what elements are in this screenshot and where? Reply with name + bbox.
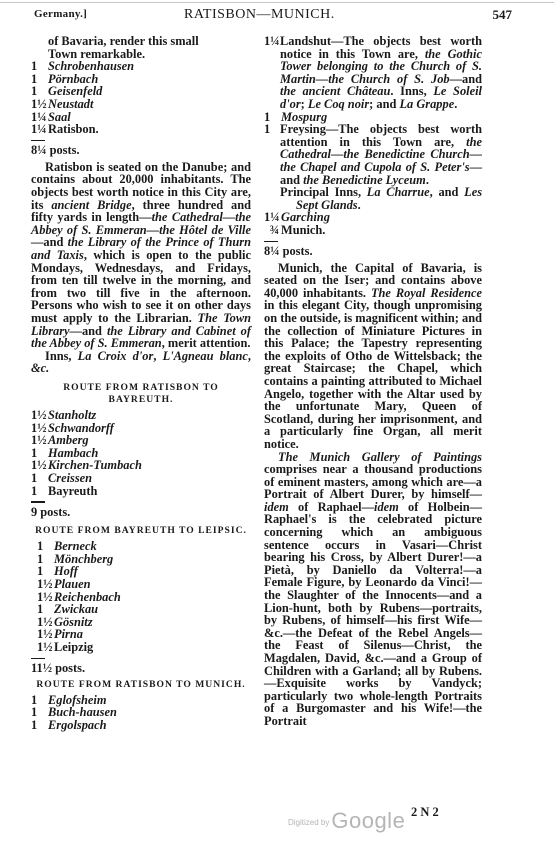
stop-place: Creissen	[48, 472, 92, 485]
route3-stops: 1Berneck 1Mönchberg 1Hoff 1½Plauen 1½Rei…	[31, 540, 251, 653]
total-rule	[31, 658, 45, 660]
intro-line: of Bavaria, render this small	[48, 35, 251, 48]
freysing-entry: 1Freysing—The objects best worth attenti…	[264, 123, 482, 186]
route-stop: 1Bayreuth	[31, 485, 251, 498]
stop-distance: 1	[31, 719, 48, 732]
stop-distance: 1	[31, 60, 48, 73]
route-stop: 1Berneck	[37, 540, 251, 553]
stop-distance: 1	[37, 603, 54, 616]
route-stop: ¾Munich.	[264, 224, 482, 237]
stop-distance: 1½	[37, 578, 54, 591]
route3-total: 11½ posts.	[31, 662, 251, 675]
stop-place: Berneck	[54, 540, 97, 553]
route3-heading: ROUTE FROM BAYREUTH TO LEIPSIC.	[31, 525, 251, 537]
stop-distance: 1½	[31, 434, 48, 447]
route-stop: 1½Amberg	[31, 434, 251, 447]
stop-place: Schrobenhausen	[48, 60, 134, 73]
google-logo-text: Google	[331, 808, 405, 833]
watermark-prefix: Digitized by	[288, 818, 329, 827]
stop-distance: ¾	[264, 224, 281, 237]
stop-distance: 1½	[37, 641, 54, 654]
route2-heading: ROUTE FROM RATISBON TO BAYREUTH.	[31, 382, 251, 406]
route-stop: 1½Plauen	[37, 578, 251, 591]
route4-total: 8¼ posts.	[264, 245, 482, 258]
left-column: of Bavaria, render this small Town remar…	[31, 35, 251, 731]
freysing-inns: Principal Inns, La Charrue, and Les Sept…	[264, 186, 482, 211]
route-stop: 1½Stanholtz	[31, 409, 251, 422]
stop-place: Amberg	[48, 434, 89, 447]
stop-place: Zwickau	[54, 603, 98, 616]
stop-distance: 1	[37, 540, 54, 553]
page-number: 547	[493, 7, 513, 23]
stop-distance: 1¼	[31, 123, 48, 136]
stop-distance: 1½	[31, 409, 48, 422]
page-top-border	[0, 2, 554, 3]
route2-stops: 1½Stanholtz 1½Schwandorff 1½Amberg 1Hamb…	[31, 409, 251, 497]
route-stop: 1Buch-hausen	[31, 706, 251, 719]
signature-mark: 2 N 2	[411, 805, 439, 820]
ratisbon-description: Ratisbon is seated on the Danube; and co…	[31, 161, 251, 350]
stop-distance: 1¼	[264, 35, 280, 48]
stop-distance: 1½	[31, 98, 48, 111]
route-stop: 1Ergolspach	[31, 719, 251, 732]
stop-place: Neustadt	[48, 98, 93, 111]
digitized-by-google-watermark: Digitized byGoogle	[288, 808, 405, 834]
stop-place: Stanholtz	[48, 409, 96, 422]
landshut-entry: 1¼Landshut—The objects best worth notice…	[264, 35, 482, 111]
total-rule	[31, 501, 45, 503]
route4-heading: ROUTE FROM RATISBON TO MUNICH.	[31, 679, 251, 691]
stop-place: Ergolspach	[48, 719, 107, 732]
stop-place: Munich.	[281, 224, 325, 237]
route-stop: 1½Neustadt	[31, 98, 251, 111]
stop-place: Bayreuth	[48, 485, 97, 498]
munich-gallery-description: The Munich Gallery of Paintings comprise…	[264, 451, 482, 728]
stop-distance: 1	[31, 485, 48, 498]
stop-distance: 1	[31, 706, 48, 719]
route4-stops: 1Eglofsheim 1Buch-hausen 1Ergolspach	[31, 694, 251, 732]
right-column: 1¼Landshut—The objects best worth notice…	[264, 35, 482, 728]
route-stop: 1Schrobenhausen	[31, 60, 251, 73]
intro-continuation: of Bavaria, render this small Town remar…	[31, 35, 251, 60]
stop-place: Leipzig	[54, 641, 93, 654]
header-title: RATISBON—MUNICH.	[184, 7, 335, 23]
route-stop: 1½Leipzig	[37, 641, 251, 654]
stop-distance: 1	[264, 123, 280, 136]
route-stop: 1Zwickau	[37, 603, 251, 616]
stop-place: Plauen	[54, 578, 91, 591]
stop-distance: 1	[31, 472, 48, 485]
total-rule	[264, 241, 278, 243]
route-stop: 1¼Ratisbon.	[31, 123, 251, 136]
ratisbon-inns: Inns, La Croix d'or, L'Agneau blanc, &c.	[31, 350, 251, 375]
stop-place: Buch-hausen	[48, 706, 117, 719]
munich-description: Munich, the Capital of Bavaria, is seate…	[264, 262, 482, 451]
stop-place: Ratisbon.	[48, 123, 99, 136]
total-rule	[31, 140, 45, 142]
route1-total: 8¼ posts.	[31, 144, 251, 157]
header-section: Germany.]	[34, 8, 87, 20]
route2-total: 9 posts.	[31, 506, 251, 519]
running-header: Germany.] RATISBON—MUNICH. 547	[34, 7, 522, 23]
route1-stops: 1Schrobenhausen 1Pörnbach 1Geisenfeld 1½…	[31, 60, 251, 136]
route-stop: 1Creissen	[31, 472, 251, 485]
